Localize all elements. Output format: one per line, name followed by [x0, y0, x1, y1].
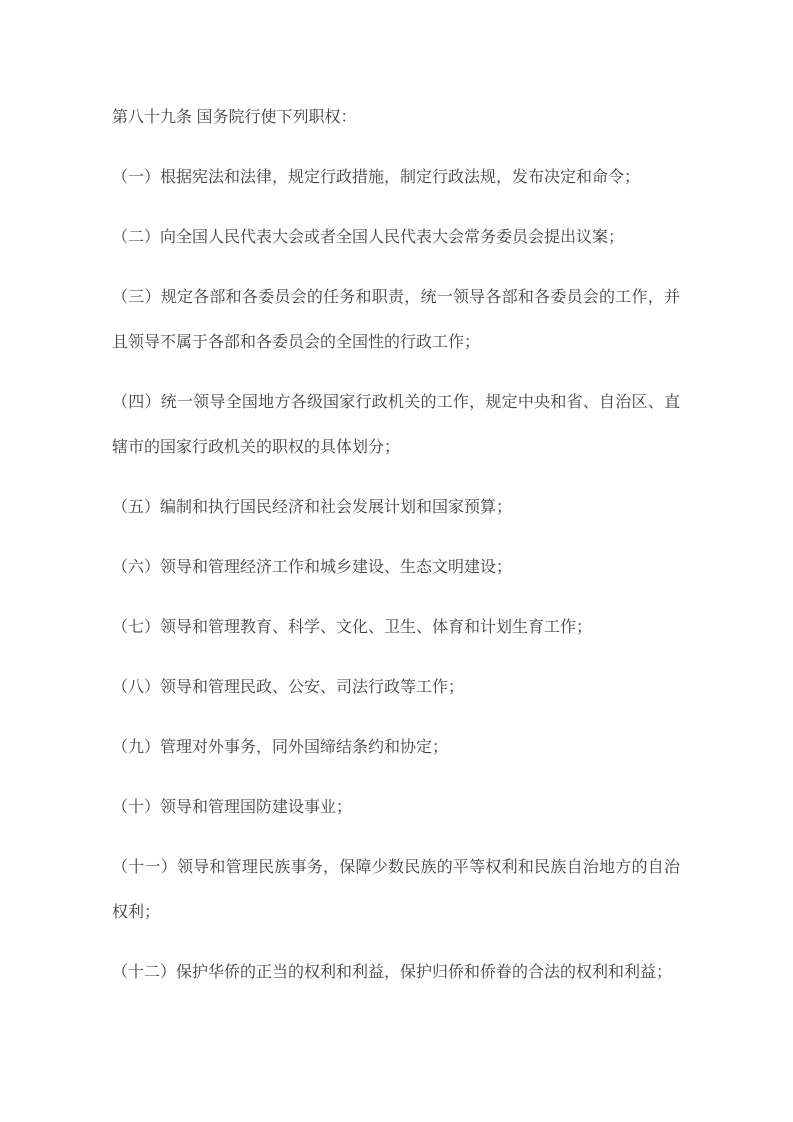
clause-item-3: （三）规定各部和各委员会的任务和职责，统一领导各部和各委员会的工作，并且领导不属… [112, 275, 680, 365]
article-heading: 第八十九条 国务院行使下列职权： [112, 95, 680, 140]
clause-item-7: （七）领导和管理教育、科学、文化、卫生、体育和计划生育工作； [112, 605, 680, 650]
clause-item-8: （八）领导和管理民政、公安、司法行政等工作； [112, 665, 680, 710]
clause-item-4: （四）统一领导全国地方各级国家行政机关的工作，规定中央和省、自治区、直辖市的国家… [112, 380, 680, 470]
document-page: 第八十九条 国务院行使下列职权： （一）根据宪法和法律，规定行政措施，制定行政法… [0, 0, 793, 1122]
clause-item-9: （九）管理对外事务，同外国缔结条约和协定； [112, 725, 680, 770]
clause-item-12: （十二）保护华侨的正当的权利和利益，保护归侨和侨眷的合法的权利和利益； [112, 950, 680, 995]
clause-item-11: （十一）领导和管理民族事务，保障少数民族的平等权利和民族自治地方的自治权利； [112, 845, 680, 935]
clause-item-5: （五）编制和执行国民经济和社会发展计划和国家预算； [112, 485, 680, 530]
clause-item-1: （一）根据宪法和法律，规定行政措施，制定行政法规，发布决定和命令； [112, 155, 680, 200]
clause-item-6: （六）领导和管理经济工作和城乡建设、生态文明建设； [112, 545, 680, 590]
clause-item-2: （二）向全国人民代表大会或者全国人民代表大会常务委员会提出议案； [112, 215, 680, 260]
clause-item-10: （十）领导和管理国防建设事业； [112, 785, 680, 830]
article-body: 第八十九条 国务院行使下列职权： （一）根据宪法和法律，规定行政措施，制定行政法… [0, 0, 793, 995]
